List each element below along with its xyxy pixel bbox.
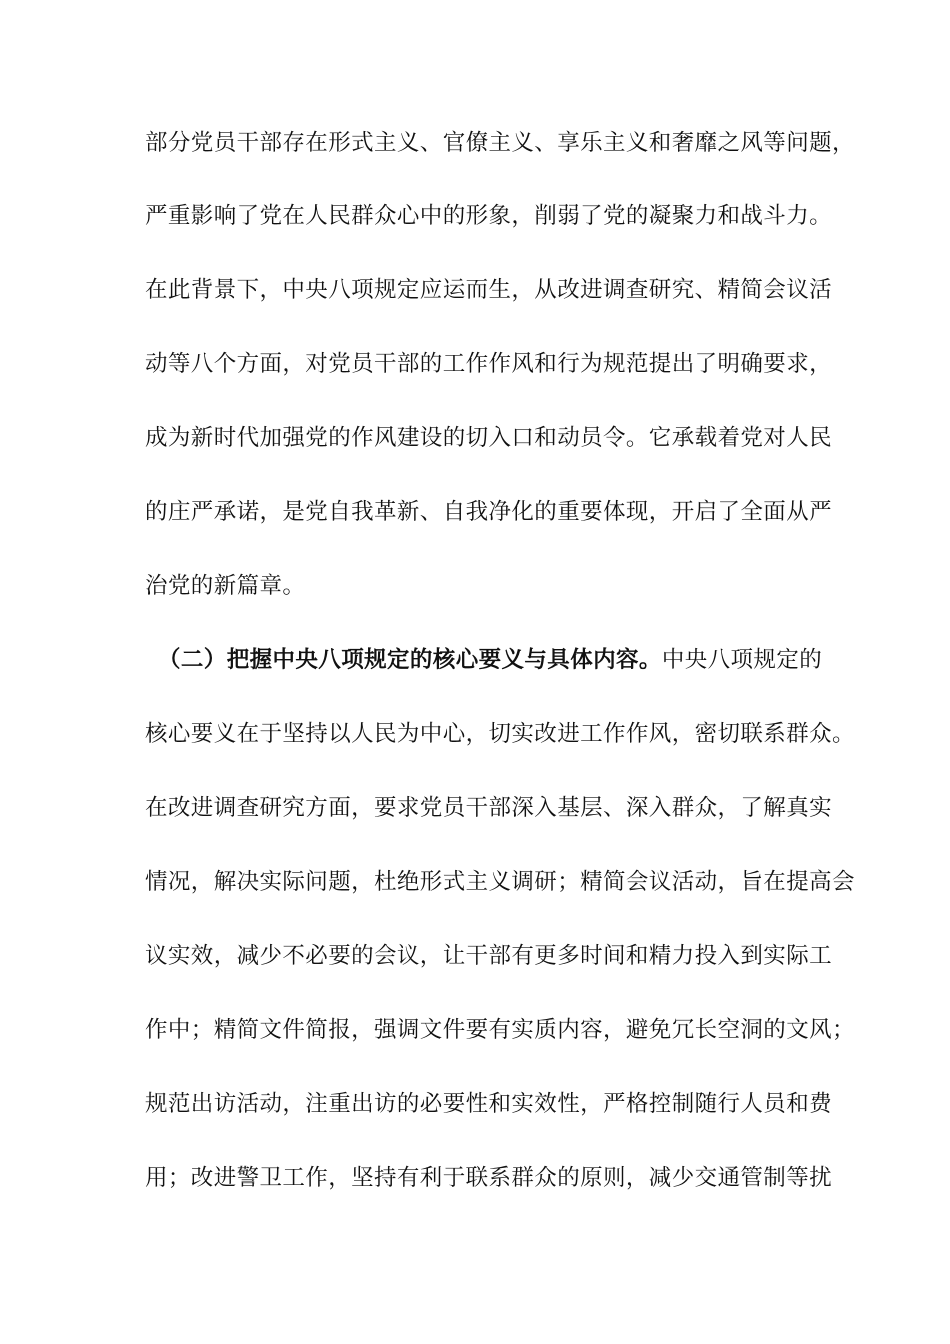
paragraph-line: 规范出访活动，注重出访的必要性和实效性，严格控制随行人员和费 [145,1089,815,1119]
paragraph-line: 议实效，减少不必要的会议，让干部有更多时间和精力投入到实际工 [145,941,815,971]
document-page: 部分党员干部存在形式主义、官僚主义、享乐主义和奢靡之风等问题， 严重影响了党在人… [0,0,950,1344]
paragraph-line: 情况，解决实际问题，杜绝形式主义调研；精简会议活动，旨在提高会 [145,867,815,897]
paragraph-line: 动等八个方面，对党员干部的工作作风和行为规范提出了明确要求， [145,349,815,379]
paragraph-line: 作中；精简文件简报，强调文件要有实质内容，避免冗长空洞的文风； [145,1015,815,1045]
paragraph-line: 治党的新篇章。 [145,571,815,601]
paragraph-line: 用；改进警卫工作，坚持有利于联系群众的原则，减少交通管制等扰 [145,1163,815,1193]
section-heading: （二）把握中央八项规定的核心要义与具体内容。 [158,647,662,673]
paragraph-line: 在此背景下，中央八项规定应运而生，从改进调查研究、精简会议活 [145,275,815,305]
section-heading-line: （二）把握中央八项规定的核心要义与具体内容。中央八项规定的 [158,645,828,675]
paragraph-line: 在改进调查研究方面，要求党员干部深入基层、深入群众，了解真实 [145,793,815,823]
paragraph-line: 核心要义在于坚持以人民为中心，切实改进工作作风，密切联系群众。 [145,719,815,749]
paragraph-line: 的庄严承诺，是党自我革新、自我净化的重要体现，开启了全面从严 [145,497,815,527]
paragraph-line: 成为新时代加强党的作风建设的切入口和动员令。它承载着党对人民 [145,423,815,453]
paragraph-line: 部分党员干部存在形式主义、官僚主义、享乐主义和奢靡之风等问题， [145,128,815,158]
paragraph-line-rest: 中央八项规定的 [662,647,822,673]
paragraph-line: 严重影响了党在人民群众心中的形象，削弱了党的凝聚力和战斗力。 [145,201,815,231]
